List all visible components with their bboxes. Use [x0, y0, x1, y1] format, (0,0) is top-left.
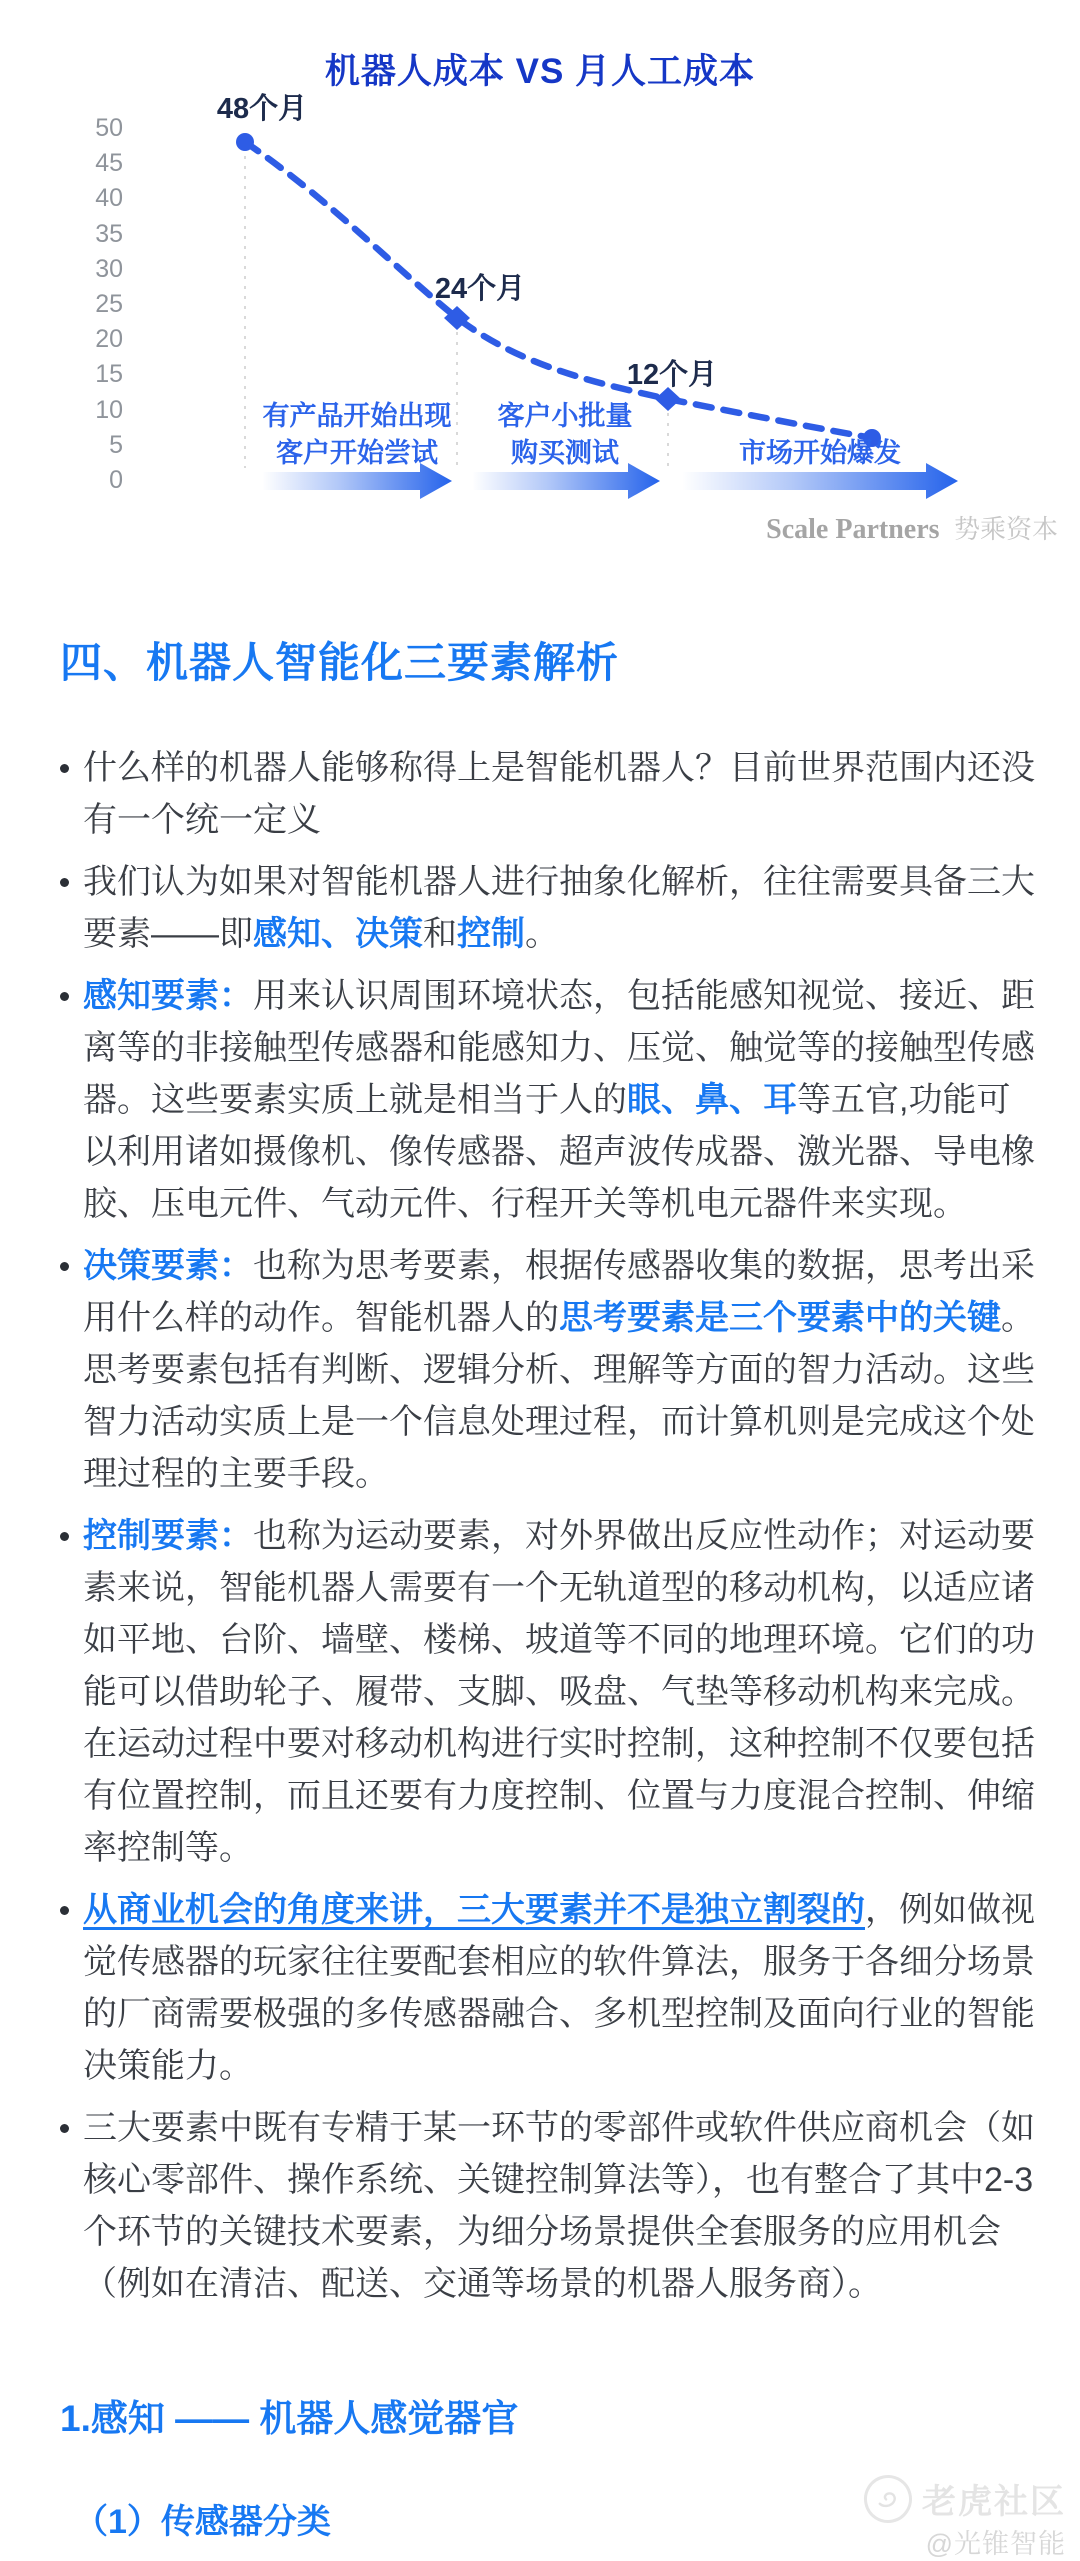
attribution-zh: 势乘资本	[954, 514, 1058, 544]
bullet-dot	[60, 1532, 69, 1541]
bullet-dot	[60, 764, 69, 773]
bullet-item-6: 从商业机会的角度来讲，三大要素并不是独立割裂的，例如做视觉传感器的玩家往往要配套…	[60, 1884, 1040, 2092]
watermark-account: @光锥智能	[926, 2522, 1066, 2561]
bullet-list: 什么样的机器人能够称得上是智能机器人？目前世界范围内还没有一个统一定义 我们认为…	[60, 742, 1040, 2320]
bullet-item-1: 什么样的机器人能够称得上是智能机器人？目前世界范围内还没有一个统一定义	[60, 742, 1040, 846]
bullet-item-5: 控制要素：也称为运动要素，对外界做出反应性动作；对运动要素来说，智能机器人需要有…	[60, 1510, 1040, 1874]
watermark-community-name: 老虎社区	[922, 2474, 1066, 2523]
attribution-en: Scale Partners	[766, 514, 939, 545]
bullet-item-2: 我们认为如果对智能机器人进行抽象化解析，往往需要具备三大要素——即感知、决策和控…	[60, 856, 1040, 960]
watermark: 老虎社区	[864, 2474, 1066, 2523]
chart-attribution: Scale Partners 势乘资本	[766, 512, 1058, 546]
bullet-item-3: 感知要素：用来认识周围环境状态，包括能感知视觉、接近、距离等的非接触型传感器和能…	[60, 970, 1040, 1230]
article-page: 机器人成本 VS 月人工成本 50454035302520151050	[0, 0, 1080, 2561]
bullet-item-7: 三大要素中既有专精于某一环节的零部件或软件供应商机会（如核心零部件、操作系统、关…	[60, 2102, 1040, 2310]
bullet-dot	[60, 1906, 69, 1915]
cost-comparison-chart: 机器人成本 VS 月人工成本 50454035302520151050	[0, 0, 1080, 575]
bullet-dot	[60, 2124, 69, 2133]
bullet-dot	[60, 992, 69, 1001]
subsection-heading-perception: 1.感知 —— 机器人感觉器官	[60, 2388, 1020, 2442]
bullet-dot	[60, 878, 69, 887]
point-label-12m: 12个月	[602, 352, 742, 393]
bullet-item-4: 决策要素：也称为思考要素，根据传感器收集的数据，思考出采用什么样的动作。智能机器…	[60, 1240, 1040, 1500]
phase-label-3: 市场开始爆发	[660, 398, 980, 472]
tiger-paw-icon	[860, 2470, 917, 2527]
point-label-48m: 48个月	[192, 86, 332, 127]
point-label-24m: 24个月	[410, 266, 550, 307]
section-heading: 四、机器人智能化三要素解析	[60, 630, 1020, 690]
cost-curve	[245, 142, 872, 438]
bullet-dot	[60, 1262, 69, 1271]
